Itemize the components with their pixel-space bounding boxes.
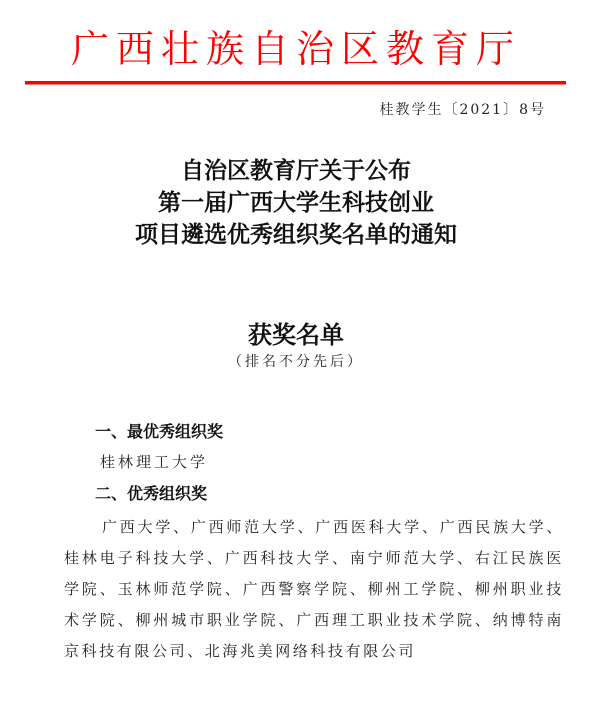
section-heading-best-organization: 一、最优秀组织奖 [95, 419, 223, 442]
red-divider-rule [25, 81, 566, 85]
document-title: 自治区教育厅关于公布 第一届广西大学生科技创业 项目遴选优秀组织奖名单的通知 [0, 155, 592, 251]
document-number: 桂教学生〔2021〕8号 [379, 99, 546, 119]
best-organization-winner: 桂林理工大学 [100, 451, 208, 472]
issuer-masthead: 广西壮族自治区教育厅 [0, 26, 592, 72]
title-line-1: 自治区教育厅关于公布 [0, 155, 592, 187]
document-page: 广西壮族自治区教育厅 桂教学生〔2021〕8号 自治区教育厅关于公布 第一届广西… [0, 0, 592, 710]
award-list-heading: 获奖名单 [0, 315, 592, 350]
title-line-3: 项目遴选优秀组织奖名单的通知 [0, 219, 592, 251]
award-list-note: （排名不分先后） [0, 351, 592, 371]
section-heading-excellent-organization: 二、优秀组织奖 [95, 481, 207, 504]
title-line-2: 第一届广西大学生科技创业 [0, 187, 592, 219]
excellent-organization-winners: 广西大学、广西师范大学、广西医科大学、广西民族大学、桂林电子科技大学、广西科技大… [64, 512, 564, 667]
